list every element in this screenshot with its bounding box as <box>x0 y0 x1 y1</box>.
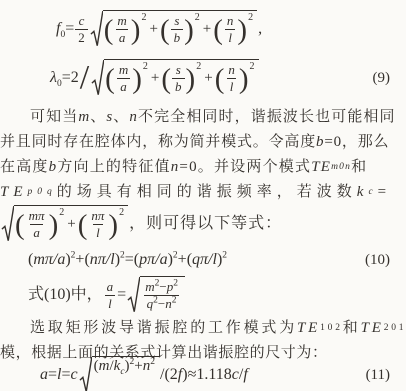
plus-sign: + <box>67 216 75 233</box>
text-run: f <box>243 366 247 383</box>
denominator: l <box>225 29 235 46</box>
radicand: ( mπa ) 2 + ( nπl ) 2 <box>14 205 128 242</box>
text-run: qπ/l <box>192 251 217 268</box>
text-run: = <box>125 251 134 268</box>
text-run: n <box>171 157 180 177</box>
radical: (m/kc)2+n2 <box>79 356 159 391</box>
text-run: + <box>134 358 142 374</box>
text-run: 、 <box>90 107 106 127</box>
right-paren: ) <box>108 212 118 238</box>
left-paren: ( <box>160 17 170 43</box>
plus-sign: + <box>149 21 157 38</box>
paragraph-line: 并且同时存在腔体内，称为简并模式。令高度 b=0，那么 <box>0 132 406 152</box>
fraction: nπl <box>88 208 107 241</box>
equals-sign: = <box>62 69 71 86</box>
text-run: mπ/a <box>33 251 65 268</box>
text-run: 2 <box>173 279 178 289</box>
fraction: ma <box>116 62 131 95</box>
numerator: n <box>225 62 238 78</box>
equation-9b: λ0=2 / ( ma ) 2 + ( sb ) 2 + ( nl ) 2 (9… <box>0 53 406 103</box>
radicand: (m/kc)2+n2 <box>92 356 159 391</box>
eq11-rhs: /(2f)≈1.118c/f <box>160 366 248 384</box>
text-run: c <box>71 366 78 383</box>
equals-sign: = <box>65 20 74 37</box>
text-run: pπ/a <box>139 251 167 268</box>
equation-10: (mπ/a)2+(nπ/l)2=(pπ/a)2+(qπ/l)2 (10) <box>0 249 406 271</box>
equals-sign: = <box>117 286 126 304</box>
text-run: )≈1.118 <box>182 366 232 383</box>
fraction-a-over-l: a l <box>104 279 117 312</box>
equation-number: (10) <box>365 252 390 269</box>
text-run: TE <box>0 182 28 202</box>
left-paren: ( <box>104 17 114 43</box>
denominator: q2−n2 <box>144 295 180 312</box>
text-run: 式(10)中， <box>28 286 103 303</box>
radical-sign-icon <box>79 356 92 391</box>
numerator: mπ <box>26 208 48 224</box>
text-run: = <box>61 366 70 383</box>
radicand: ( ma ) 2 + ( sb ) 2 + ( nl ) 2 <box>104 59 258 96</box>
equation-number: (9) <box>373 70 391 87</box>
denominator: l <box>227 78 237 95</box>
text-run: b <box>49 157 58 177</box>
symbol-lambda: λ <box>50 69 57 86</box>
left-paren: ( <box>15 212 25 238</box>
plus-sign: + <box>204 70 212 87</box>
fraction: ma <box>114 13 129 46</box>
text-run: = <box>48 366 57 383</box>
text-run: s <box>106 107 113 127</box>
right-paren: ) <box>49 212 59 238</box>
text-run: a <box>40 366 48 383</box>
radical-sign-icon <box>90 10 103 47</box>
fraction: sb <box>172 62 185 95</box>
text-run: m <box>99 358 110 374</box>
text-run: b <box>316 132 324 152</box>
text-run: l <box>108 296 112 311</box>
numerator: m2−p2 <box>142 279 181 295</box>
text-run: ，则可得以下等式： <box>129 215 282 232</box>
radicand: m2−p2 q2−n2 <box>140 276 185 313</box>
text-run: n <box>129 107 138 127</box>
division-slash: / <box>80 64 89 92</box>
equation-number: (11) <box>366 367 390 384</box>
radical-sign-icon <box>1 205 14 242</box>
radical: ( mπa ) 2 + ( nπl ) 2 <box>1 205 128 242</box>
radical-sign-icon <box>127 276 140 313</box>
paragraph-line: 可知当 m、s、n 不完全相同时，谐振波长也可能相同 <box>0 107 406 127</box>
text-run: = <box>378 182 391 202</box>
eq9a-lhs: f0= <box>56 20 74 38</box>
ratio-lead-text: 式(10)中， <box>28 285 103 305</box>
trailing-comma: , <box>258 20 262 38</box>
text-run: 2 <box>222 251 227 261</box>
left-paren: ( <box>213 17 223 43</box>
text-run: 方向上的特征值 <box>57 157 170 177</box>
denominator: 2 <box>75 29 88 46</box>
numerator: a <box>104 279 117 295</box>
numerator: m <box>116 62 131 78</box>
text-run: =0。并设两个模式 <box>179 157 311 177</box>
right-paren: ) <box>239 66 249 92</box>
exponent: 2 <box>141 13 146 23</box>
denominator: a <box>30 224 43 241</box>
text-run: 并且同时存在腔体内，称为简并模式。令高度 <box>0 132 316 152</box>
exponent: 2 <box>250 62 255 72</box>
ratio-line: 式(10)中， a l = m2−p2 q2−n2 <box>0 273 406 317</box>
denominator: b <box>171 29 184 46</box>
text-run: TE <box>297 318 320 338</box>
eq10-body: (mπ/a)2+(nπ/l)2=(pπ/a)2+(qπ/l)2 <box>28 251 227 269</box>
exponent: 2 <box>143 62 148 72</box>
paragraph-line: 模，根据上面的关系式计算出谐振腔的尺寸为： <box>0 343 406 363</box>
text-run: 和 <box>351 157 367 177</box>
text-run: 选取矩形波导谐振腔的工作模式为 <box>30 318 297 338</box>
numerator: s <box>173 62 184 78</box>
text-run: 的场具有相同的谐振频率，若波数 <box>57 182 357 202</box>
fraction: mπa <box>26 208 48 241</box>
numerator: s <box>171 13 182 29</box>
radical: ( ma ) 2 + ( sb ) 2 + ( nl ) 2 <box>91 59 258 96</box>
coefficient: 2 <box>71 69 79 86</box>
text-run: /(2 <box>160 366 178 383</box>
denominator: l <box>105 295 115 312</box>
text-run: =0，那么 <box>324 132 389 152</box>
text-run: 不完全相同时，谐振波长也可能相同 <box>138 107 396 127</box>
fraction: sb <box>171 13 184 46</box>
exponent: 2 <box>196 62 201 72</box>
exponent: 2 <box>119 208 124 218</box>
fraction: m2−p2 q2−n2 <box>142 279 181 312</box>
left-paren: ( <box>105 66 115 92</box>
paragraph-line: 在高度 b 方向上的特征值 n=0。并设两个模式 TEm0n 和 <box>0 157 406 177</box>
numerator: n <box>224 13 237 29</box>
numerator: c <box>76 13 88 29</box>
left-paren: ( <box>78 212 88 238</box>
exponent: 2 <box>195 13 200 23</box>
plus-sign: + <box>151 70 159 87</box>
text-run: TE <box>311 157 331 177</box>
right-paren: ) <box>132 66 142 92</box>
numerator: nπ <box>88 208 107 224</box>
text-run: 2 <box>172 296 177 306</box>
right-paren: ) <box>186 66 196 92</box>
paragraph-line: TEp0q 的场具有相同的谐振频率，若波数 kc= <box>0 182 406 202</box>
fraction: nl <box>225 62 238 95</box>
radicand: ( ma ) 2 + ( sb ) 2 + ( nl ) 2 <box>103 10 257 47</box>
right-paren: ) <box>131 17 141 43</box>
text-run: 可知当 <box>30 107 78 127</box>
text-run: m <box>145 279 154 294</box>
text-run: k <box>357 182 369 202</box>
text-run: 模，根据上面的关系式计算出谐振腔的尺寸为： <box>0 343 328 363</box>
text-run: 和 <box>343 318 361 338</box>
text-run: a <box>107 279 114 294</box>
eq9b-lhs: λ0=2 <box>50 69 79 87</box>
equation-9a: f0= c 2 ( ma ) 2 + ( sb ) 2 + ( nl ) 2 <box>0 4 406 54</box>
text-run: − <box>159 279 166 294</box>
text-run: 2 <box>150 357 155 367</box>
coefficient-fraction: c 2 <box>75 13 88 46</box>
right-paren: ) <box>237 17 247 43</box>
text-run: m <box>78 107 90 127</box>
denominator: a <box>117 78 130 95</box>
text-run: nπ/l <box>90 251 115 268</box>
exponent: 2 <box>59 208 64 218</box>
radical: m2−p2 q2−n2 <box>127 276 185 313</box>
text-run: c <box>232 366 239 383</box>
document-page: f0= c 2 ( ma ) 2 + ( sb ) 2 + ( nl ) 2 <box>0 0 406 391</box>
fraction: nl <box>224 13 237 46</box>
denominator: b <box>172 78 185 95</box>
text-run: TE <box>361 318 384 338</box>
kc-definition-line: ( mπa ) 2 + ( nπl ) 2 ，则可得以下等式： <box>0 201 406 247</box>
right-paren: ) <box>184 17 194 43</box>
numerator: m <box>114 13 129 29</box>
left-paren: ( <box>161 66 171 92</box>
denominator: a <box>116 29 129 46</box>
exponent: 2 <box>248 13 253 23</box>
text-run: 在高度 <box>0 157 49 177</box>
plus-sign: + <box>203 21 211 38</box>
eq11-lhs: a=l=c <box>40 366 78 384</box>
paragraph-line: 选取矩形波导谐振腔的工作模式为 TE102 和 TE201 <box>0 318 406 338</box>
radical: ( ma ) 2 + ( sb ) 2 + ( nl ) 2 <box>90 10 257 47</box>
text-run: 、 <box>113 107 129 127</box>
text-run: + <box>178 251 187 268</box>
kc-line-tail: ，则可得以下等式： <box>129 214 282 234</box>
denominator: l <box>93 224 103 241</box>
left-paren: ( <box>215 66 225 92</box>
equation-11: a=l=c (m/kc)2+n2 /(2f)≈1.118c/f (11) <box>0 362 406 388</box>
radical-sign-icon <box>91 59 104 96</box>
